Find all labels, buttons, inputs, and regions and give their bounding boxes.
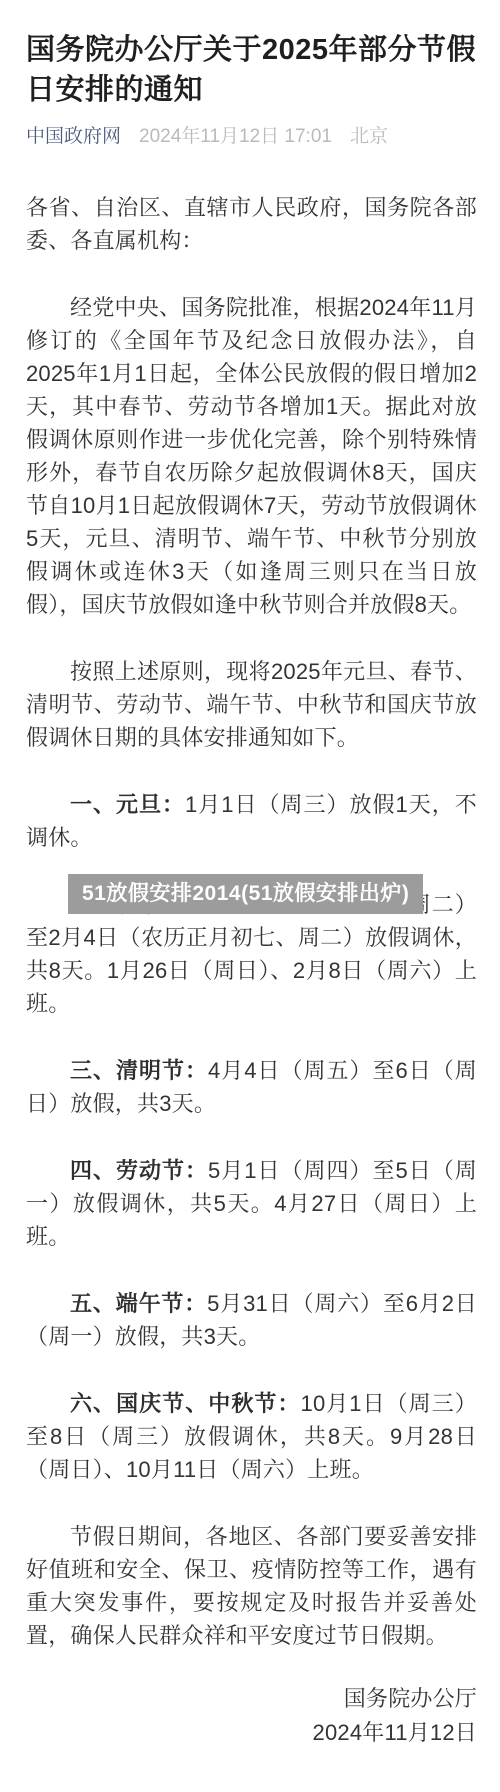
holiday-item-label: 五、端午节： (70, 1291, 207, 1316)
signature-date: 2024年11月12日 (26, 1716, 477, 1750)
holiday-item-qingming: 三、清明节：4月4日（周五）至6日（周日）放假，共3天。 (26, 1054, 477, 1120)
holiday-item-label: 六、国庆节、中秋节： (70, 1391, 301, 1416)
holiday-item-label: 四、劳动节： (70, 1158, 208, 1183)
holiday-item-dragon-boat: 五、端午节：5月31日（周六）至6月2日（周一）放假，共3天。 (26, 1287, 477, 1353)
signature-org: 国务院办公厅 (26, 1682, 477, 1716)
publish-datetime: 2024年11月12日 17:01 (139, 124, 332, 150)
closing-paragraph: 节假日期间，各地区、各部门要妥善安排好值班和安全、保卫、疫情防控等工作，遇有重大… (26, 1520, 477, 1652)
page-title: 国务院办公厅关于2025年部分节假日安排的通知 (26, 30, 477, 110)
principles-paragraph: 经党中央、国务院批准，根据2024年11月修订的《全国年节及纪念日放假办法》，自… (26, 291, 477, 621)
holiday-item-new-year: 一、元旦：1月1日（周三）放假1天，不调休。 (26, 788, 477, 854)
related-link-overlay-badge[interactable]: 51放假安排2014(51放假安排出炉) (68, 874, 423, 914)
salutation-paragraph: 各省、自治区、直辖市人民政府，国务院各部委、各直属机构： (26, 191, 477, 257)
article-meta: 中国政府网 2024年11月12日 17:01 北京 (26, 124, 477, 150)
notice-page: 国务院办公厅关于2025年部分节假日安排的通知 中国政府网 2024年11月12… (0, 0, 500, 1792)
holiday-item-national-day: 六、国庆节、中秋节：10月1日（周三）至8日（周三）放假调休，共8天。9月28日… (26, 1387, 477, 1486)
publish-location: 北京 (350, 124, 388, 150)
holiday-item-labor-day: 四、劳动节：5月1日（周四）至5日（周一）放假调休，共5天。4月27日（周日）上… (26, 1154, 477, 1253)
source-link[interactable]: 中国政府网 (26, 124, 121, 150)
signature-block: 国务院办公厅 2024年11月12日 (26, 1682, 477, 1750)
article-body: 各省、自治区、直辖市人民政府，国务院各部委、各直属机构： 经党中央、国务院批准，… (26, 191, 477, 1750)
holiday-item-label: 一、元旦： (70, 792, 185, 817)
intro-paragraph: 按照上述原则，现将2025年元旦、春节、清明节、劳动节、端午节、中秋节和国庆节放… (26, 655, 477, 754)
holiday-item-label: 三、清明节： (70, 1058, 208, 1083)
